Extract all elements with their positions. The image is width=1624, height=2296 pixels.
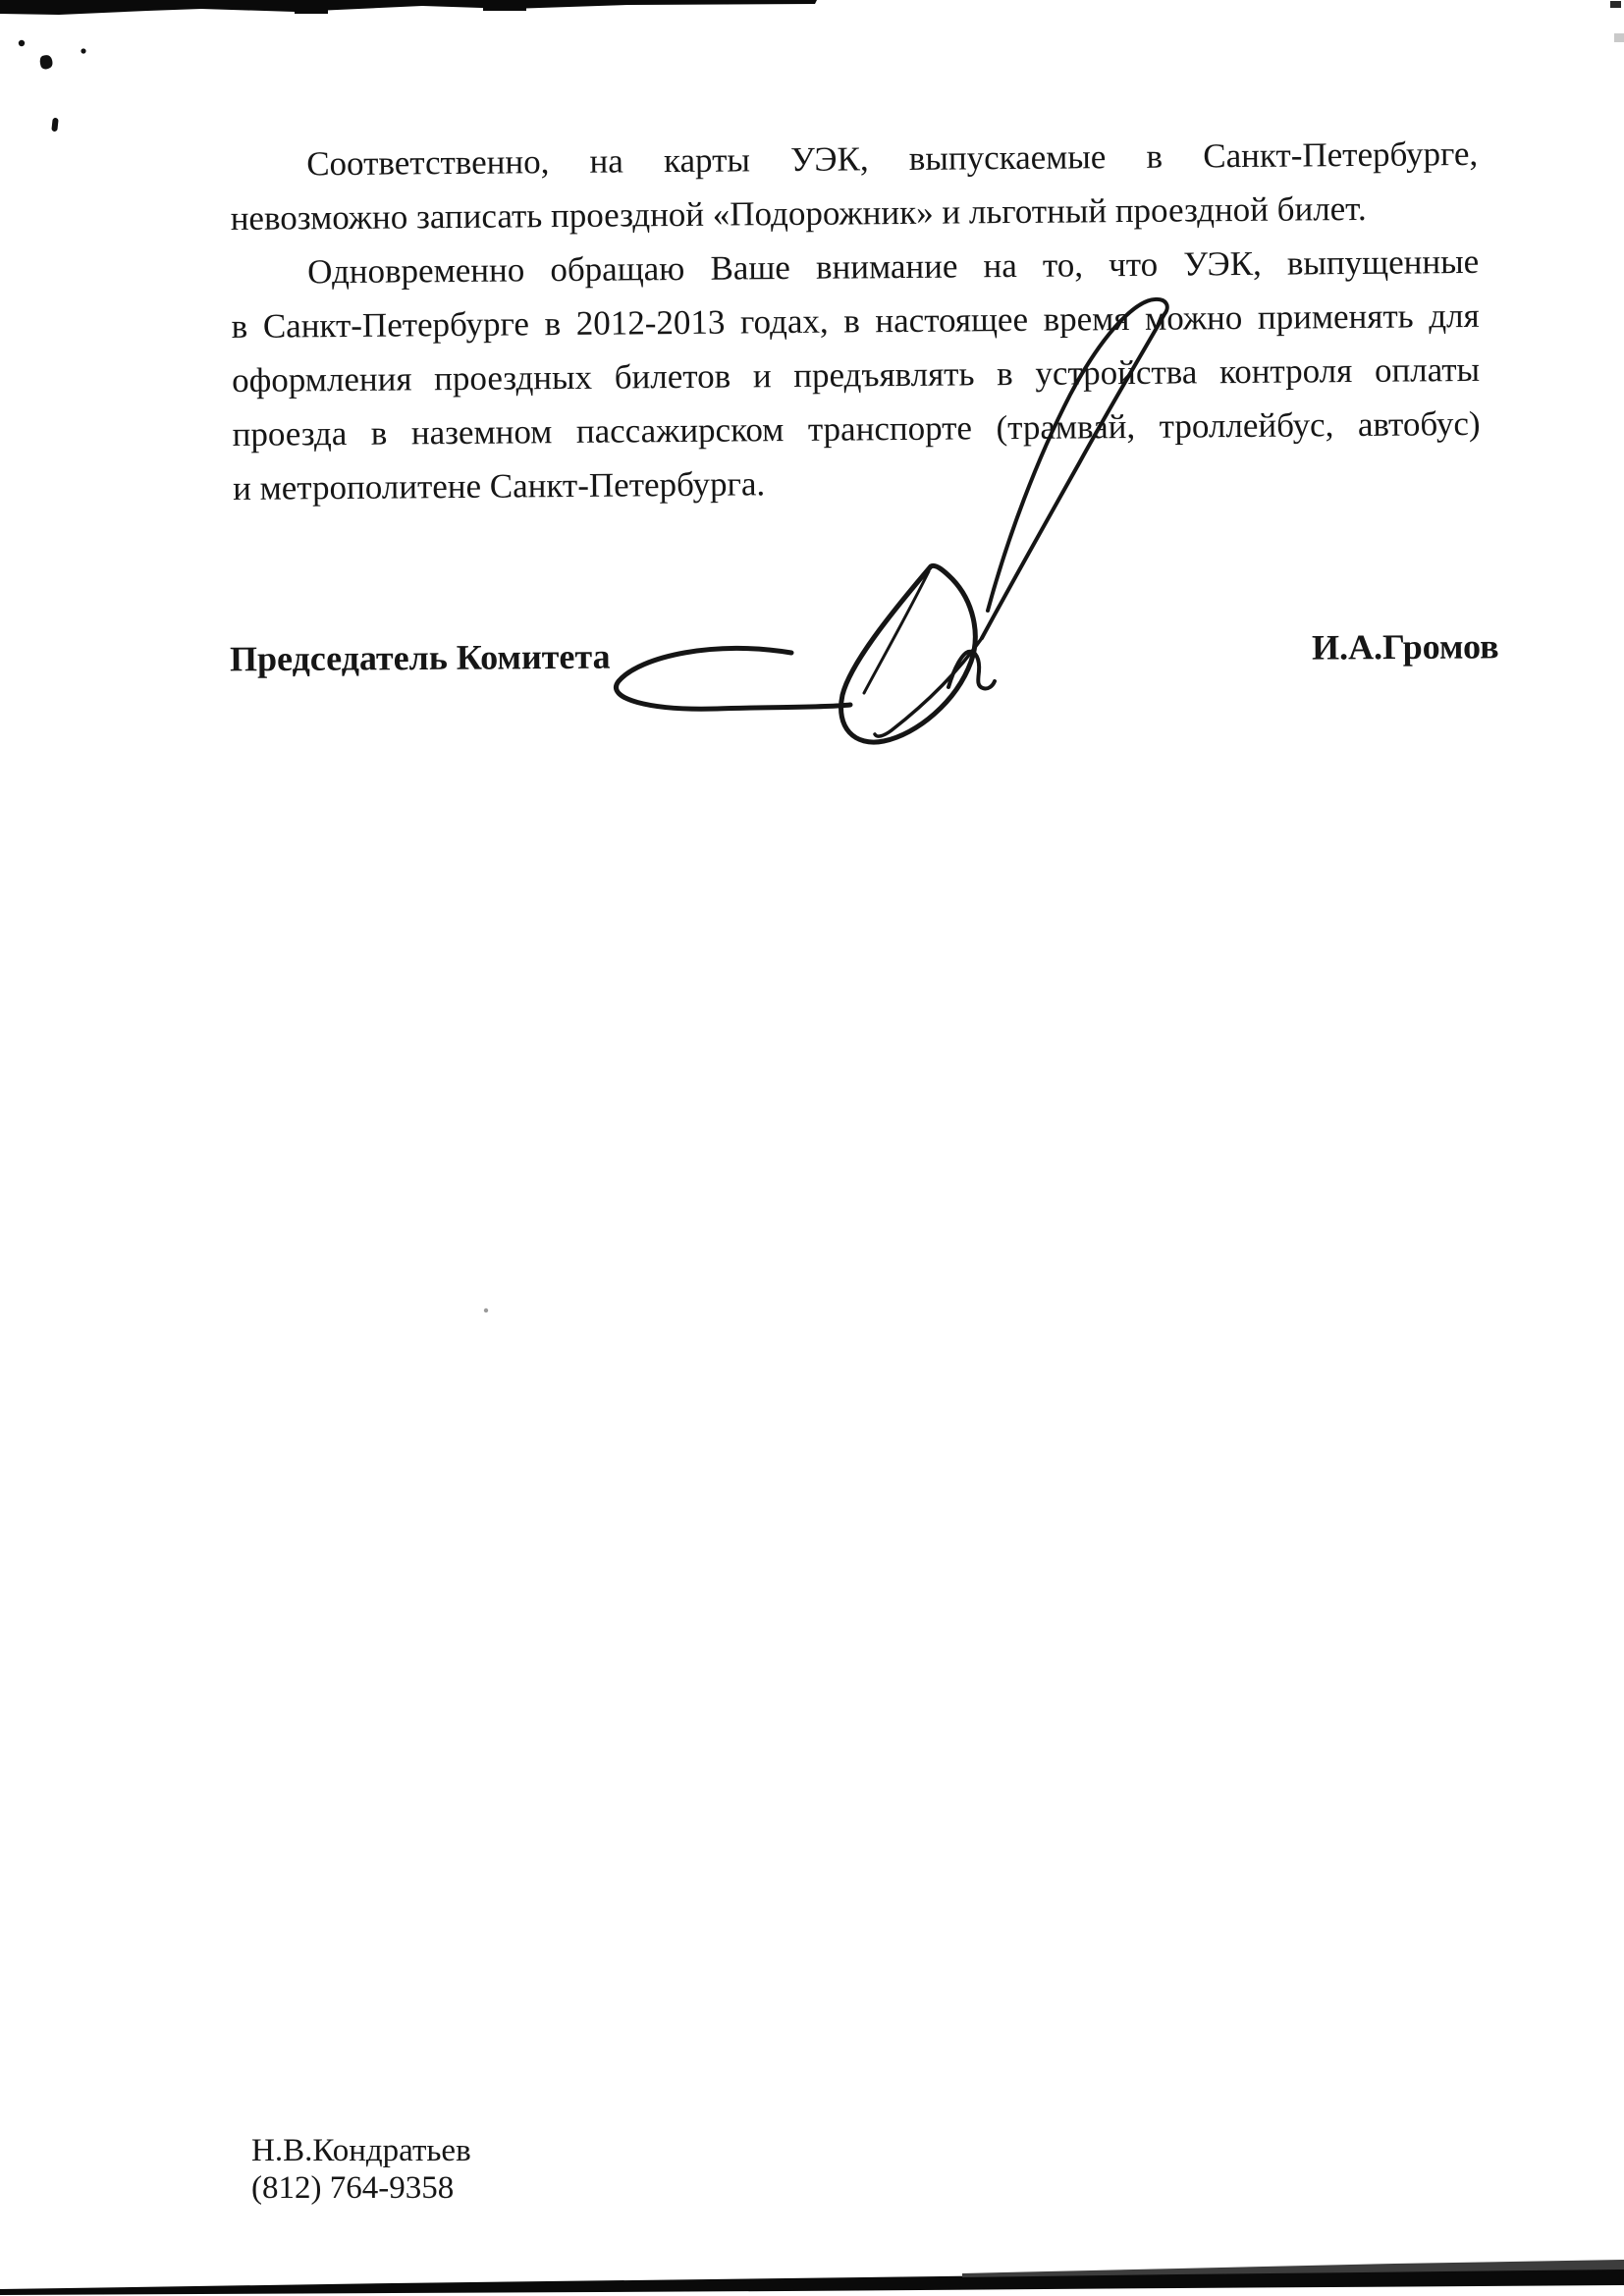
paragraph2-line5: и метрополитене Санкт-Петербурга. xyxy=(233,451,1481,515)
executor-name: Н.В.Кондратьев xyxy=(251,2132,471,2169)
signer-title: Председатель Комитета xyxy=(230,636,611,680)
scan-edge-bottom-strip xyxy=(0,2260,1624,2295)
signature-stroke-squiggle xyxy=(948,652,995,689)
paragraph2-line4: проезда в наземном пассажирском транспор… xyxy=(232,397,1480,461)
signature-stroke-teardrop xyxy=(841,565,976,742)
executor-block: Н.В.Кондратьев (812) 764-9358 xyxy=(251,2132,471,2207)
scan-edge-top-strip xyxy=(0,0,1621,15)
scanned-letter-page: Соответственно, на карты УЭК, выпускаемы… xyxy=(0,0,1624,2296)
body-paragraphs: Соответственно, на карты УЭК, выпускаемы… xyxy=(230,127,1481,515)
signature-stroke-lasso xyxy=(616,648,850,709)
signer-name: И.А.Громов xyxy=(1312,625,1499,667)
signature-stroke-inner-sliver xyxy=(864,571,929,693)
executor-phone: (812) 764-9358 xyxy=(251,2169,471,2207)
signature-stroke-inner-diagonal xyxy=(875,638,982,736)
